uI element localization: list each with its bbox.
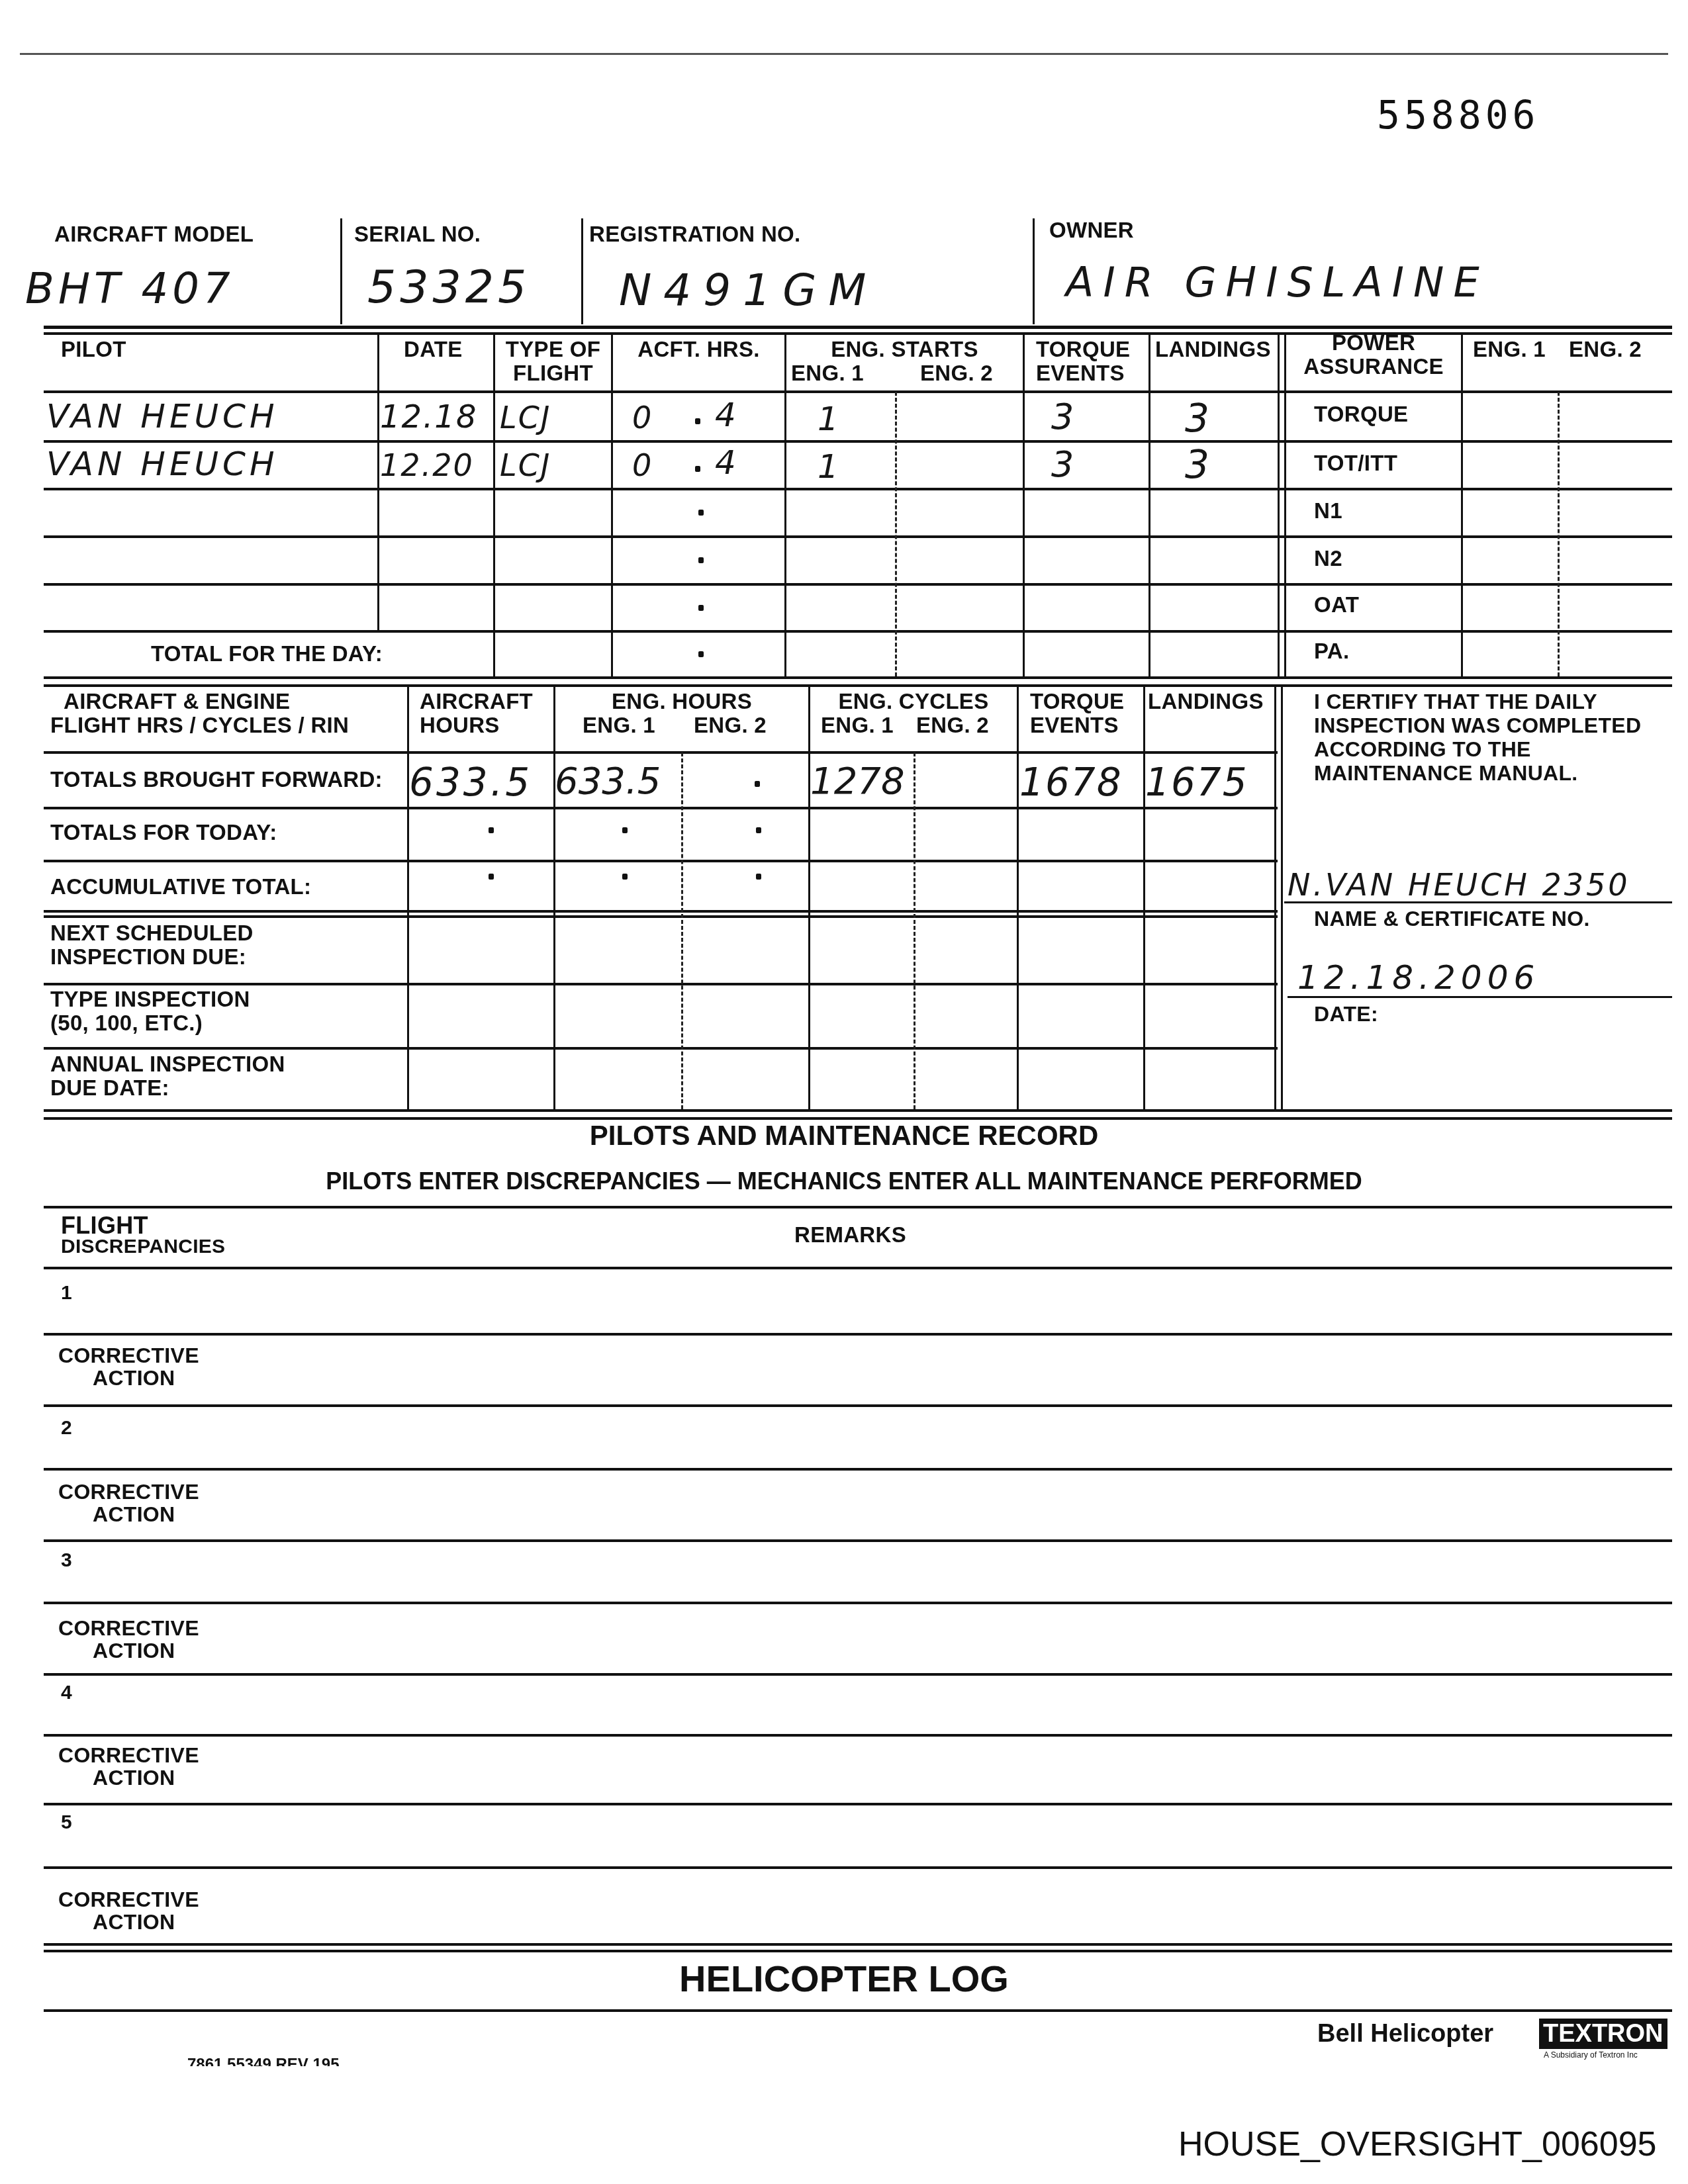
header-flight: FLIGHT — [495, 361, 611, 385]
decimal-point — [698, 605, 704, 611]
header-date: DATE — [404, 338, 463, 361]
assurance-label: ASSURANCE — [1286, 355, 1461, 379]
rule — [44, 1866, 1672, 1869]
corrective-label-5a: CORRECTIVE — [58, 1888, 199, 1911]
rule — [44, 390, 1672, 393]
eng1-starts-row2[interactable]: 1 — [818, 447, 843, 486]
header-landings: LANDINGS — [1155, 338, 1271, 361]
corrective-label-1b: ACTION — [93, 1366, 175, 1390]
power-label: POWER — [1286, 331, 1461, 355]
corrective-label-4a: CORRECTIVE — [58, 1743, 199, 1767]
discrepancy-field-3[interactable] — [199, 1543, 1655, 1599]
brand-subtitle: A Subsidiary of Textron Inc — [1544, 2050, 1638, 2060]
scan-edge-rule — [20, 53, 1668, 55]
rule — [44, 535, 1672, 538]
decimal-point — [698, 557, 704, 563]
col-line — [1149, 332, 1150, 676]
corrective-action-field-3[interactable] — [199, 1606, 1655, 1669]
serial-label: SERIAL NO. — [354, 222, 481, 246]
header-hours: HOURS — [420, 713, 500, 737]
col-line — [1278, 332, 1280, 676]
aircraft-hours-forward[interactable]: 633.5 — [409, 760, 532, 805]
certify-line-4: MAINTENANCE MANUAL. — [1314, 761, 1578, 785]
rule — [44, 983, 1278, 985]
corrective-action-field-4[interactable] — [199, 1738, 1655, 1800]
signature-line — [1284, 901, 1672, 903]
eng1-hours-forward[interactable]: 633.5 — [555, 760, 661, 803]
bates-number: HOUSE_OVERSIGHT_006095 — [1178, 2124, 1657, 2164]
serial-field[interactable]: 53325 — [367, 261, 530, 314]
rule — [44, 630, 1672, 633]
cert-date-label: DATE: — [1314, 1002, 1378, 1026]
header-eng1: ENG. 1 — [791, 361, 864, 385]
discrepancy-field-4[interactable] — [199, 1677, 1655, 1730]
bell-helicopter-logo: Bell Helicopter — [1317, 2020, 1493, 2048]
header-eng-hours-eng2: ENG. 2 — [694, 713, 767, 737]
annual-inspection-label-1: ANNUAL INSPECTION — [50, 1052, 285, 1076]
rule — [44, 1267, 1672, 1269]
decimal-point — [695, 466, 700, 472]
discrepancy-number-3: 3 — [61, 1549, 72, 1572]
rule — [44, 1047, 1278, 1050]
torque-events-forward[interactable]: 1678 — [1019, 760, 1123, 805]
col-dash — [895, 392, 897, 676]
accumulative-total-label: ACCUMULATIVE TOTAL: — [50, 875, 311, 899]
type-field-row2[interactable]: LCJ — [500, 447, 551, 483]
decimal-point — [756, 827, 761, 833]
discrepancy-field-5[interactable] — [199, 1807, 1655, 1862]
annual-inspection-label-2: DUE DATE: — [50, 1076, 169, 1100]
owner-field[interactable]: AIR GHISLAINE — [1066, 258, 1489, 306]
header-eng-cycles-eng1: ENG. 1 — [821, 713, 894, 737]
corrective-label-4b: ACTION — [93, 1766, 175, 1790]
corrective-label-3b: ACTION — [93, 1639, 175, 1662]
header-eng-starts: ENG. STARTS — [786, 338, 1023, 361]
torque-events-row2[interactable]: 3 — [1051, 443, 1078, 485]
header-eng2: ENG. 2 — [920, 361, 993, 385]
col-line — [784, 332, 786, 676]
col-dash — [1558, 392, 1560, 676]
col-line — [808, 684, 810, 1109]
col-line — [1281, 684, 1283, 1109]
acft-hrs-whole-row1[interactable]: 0 — [632, 400, 655, 435]
divider — [340, 218, 342, 324]
header-landings: LANDINGS — [1148, 690, 1264, 713]
header-type-of: TYPE OF — [495, 338, 611, 361]
discrepancies-label: DISCREPANCIES — [61, 1235, 225, 1259]
landings-row1[interactable]: 3 — [1185, 396, 1213, 441]
rule — [44, 1206, 1672, 1208]
header-eng-cycles-eng2: ENG. 2 — [916, 713, 989, 737]
decimal-point — [755, 781, 760, 787]
decimal-point — [489, 827, 494, 833]
pilot-field-row2[interactable]: VAN HEUCH — [46, 445, 279, 483]
discrepancy-field-2[interactable] — [199, 1408, 1655, 1464]
pa-torque-label: TORQUE — [1314, 402, 1408, 426]
corrective-label-2a: CORRECTIVE — [58, 1480, 199, 1504]
totals-for-today-label: TOTALS FOR TODAY: — [50, 821, 277, 844]
col-line — [1017, 684, 1019, 1109]
col-line — [1274, 684, 1276, 1109]
flight-label: FLIGHT — [61, 1214, 148, 1238]
date-field-row1[interactable]: 12.18 — [380, 398, 477, 435]
maintenance-subtitle: PILOTS ENTER DISCREPANCIES — MECHANICS E… — [0, 1167, 1688, 1195]
type-field-row1[interactable]: LCJ — [500, 400, 551, 435]
eng1-starts-row1[interactable]: 1 — [818, 400, 843, 438]
divider — [1033, 218, 1035, 324]
header-events: EVENTS — [1030, 713, 1119, 737]
pa-oat-label: OAT — [1314, 593, 1359, 617]
rule — [44, 2009, 1672, 2012]
col-line — [553, 684, 555, 1109]
rule — [44, 751, 1278, 754]
rule — [44, 807, 1278, 809]
rule — [44, 1109, 1672, 1112]
rule — [44, 1943, 1672, 1946]
pa-n2-label: N2 — [1314, 547, 1342, 570]
header-eng-hours-eng1: ENG. 1 — [583, 713, 655, 737]
decimal-point — [695, 418, 700, 424]
rule — [44, 684, 1672, 687]
remarks-label: REMARKS — [794, 1223, 906, 1247]
corrective-action-field-2[interactable] — [199, 1472, 1655, 1535]
acft-hrs-whole-row2[interactable]: 0 — [632, 447, 655, 483]
divider — [581, 218, 583, 324]
pa-eng2-label: ENG. 2 — [1569, 338, 1642, 361]
next-inspection-label-1: NEXT SCHEDULED — [50, 921, 254, 945]
rule — [44, 326, 1672, 329]
pa-n1-label: N1 — [1314, 499, 1342, 523]
corrective-label-3a: CORRECTIVE — [58, 1616, 199, 1640]
header-torque: TORQUE — [1036, 338, 1130, 361]
rule — [44, 910, 1278, 913]
col-line — [611, 332, 613, 676]
header-aircraft-engine: AIRCRAFT & ENGINE — [64, 690, 290, 713]
rule — [44, 1539, 1672, 1542]
header-acft-hrs: ACFT. HRS. — [613, 338, 784, 361]
certify-line-3: ACCORDING TO THE — [1314, 737, 1531, 761]
pa-pa-label: PA. — [1314, 639, 1349, 663]
header-pilot: PILOT — [61, 338, 126, 361]
rule — [44, 583, 1672, 586]
aircraft-model-label: AIRCRAFT MODEL — [54, 222, 254, 246]
rule — [44, 1734, 1672, 1737]
corrective-label-2b: ACTION — [93, 1502, 175, 1526]
registration-field[interactable]: N491GM — [619, 265, 878, 316]
col-line — [407, 684, 409, 1109]
header-flight-hrs: FLIGHT HRS / CYCLES / RIN — [50, 713, 349, 737]
decimal-point — [622, 827, 628, 833]
totals-brought-forward-label: TOTALS BROUGHT FORWARD: — [50, 768, 383, 792]
corrective-label-1a: CORRECTIVE — [58, 1343, 199, 1367]
rule — [44, 676, 1672, 679]
landings-forward[interactable]: 1675 — [1145, 760, 1248, 805]
col-line — [377, 332, 379, 630]
form-number: 7861 55349 REV 195 — [187, 2056, 340, 2066]
corrective-action-field-1[interactable] — [199, 1337, 1655, 1402]
discrepancy-field-1[interactable] — [199, 1271, 1655, 1330]
discrepancy-number-2: 2 — [61, 1416, 72, 1440]
decimal-point — [622, 874, 628, 880]
header-eng-hours: ENG. HOURS — [555, 690, 808, 713]
pa-eng1-label: ENG. 1 — [1473, 338, 1546, 361]
col-line — [1023, 332, 1025, 676]
rule — [44, 860, 1278, 862]
corrective-label-5b: ACTION — [93, 1910, 175, 1934]
rule — [44, 1803, 1672, 1805]
header-events: EVENTS — [1036, 361, 1125, 385]
rule — [44, 440, 1672, 443]
discrepancy-number-1: 1 — [61, 1281, 72, 1305]
type-inspection-label-2: (50, 100, ETC.) — [50, 1011, 203, 1035]
control-number: 558806 — [1377, 93, 1540, 138]
form-title: HELICOPTER LOG — [0, 1952, 1688, 2005]
col-line — [1143, 684, 1145, 1109]
rule — [44, 1673, 1672, 1676]
col-line — [1461, 332, 1463, 676]
rule — [44, 1404, 1672, 1407]
header-torque: TORQUE — [1030, 690, 1124, 713]
corrective-action-field-5[interactable] — [199, 1870, 1655, 1936]
decimal-point — [756, 874, 761, 880]
header-eng-cycles: ENG. CYCLES — [810, 690, 1017, 713]
aircraft-model-field[interactable]: BHT 407 — [25, 265, 234, 314]
torque-events-row1[interactable]: 3 — [1051, 396, 1078, 437]
pilot-field-row1[interactable]: VAN HEUCH — [46, 397, 279, 435]
discrepancy-number-4: 4 — [61, 1681, 72, 1705]
owner-label: OWNER — [1049, 218, 1134, 242]
rule — [44, 1602, 1672, 1604]
cert-date-field[interactable]: 12.18.2006 — [1297, 958, 1540, 997]
acft-hrs-tenth-row2[interactable]: 4 — [715, 443, 740, 482]
date-field-row2[interactable]: 12.20 — [380, 447, 474, 483]
acft-hrs-tenth-row1[interactable]: 4 — [715, 396, 740, 434]
landings-row2[interactable]: 3 — [1185, 442, 1213, 487]
decimal-point — [489, 874, 494, 880]
next-inspection-label-2: INSPECTION DUE: — [50, 945, 246, 969]
signature-field[interactable]: N.VAN HEUCH 2350 — [1288, 867, 1630, 903]
col-dash — [914, 752, 915, 1109]
rule — [44, 488, 1672, 490]
signature-label: NAME & CERTIFICATE NO. — [1314, 907, 1590, 931]
rule — [44, 915, 1278, 918]
certify-line-2: INSPECTION WAS COMPLETED — [1314, 713, 1641, 737]
textron-logo: TEXTRON — [1539, 2019, 1667, 2049]
maintenance-title: PILOTS AND MAINTENANCE RECORD — [0, 1120, 1688, 1152]
rule — [44, 1333, 1672, 1336]
discrepancy-number-5: 5 — [61, 1811, 72, 1835]
header-aircraft: AIRCRAFT — [420, 690, 533, 713]
certify-line-1: I CERTIFY THAT THE DAILY — [1314, 690, 1597, 713]
col-line — [1284, 332, 1286, 676]
pa-tot-itt-label: TOT/ITT — [1314, 451, 1397, 475]
type-inspection-label-1: TYPE INSPECTION — [50, 987, 250, 1011]
decimal-point — [698, 651, 704, 657]
rule — [44, 1468, 1672, 1471]
registration-label: REGISTRATION NO. — [589, 222, 801, 246]
eng1-cycles-forward[interactable]: 1278 — [810, 760, 905, 803]
col-dash — [681, 752, 683, 1109]
date-line — [1288, 996, 1672, 998]
decimal-point — [698, 510, 704, 516]
total-for-day-label: TOTAL FOR THE DAY: — [151, 642, 383, 666]
